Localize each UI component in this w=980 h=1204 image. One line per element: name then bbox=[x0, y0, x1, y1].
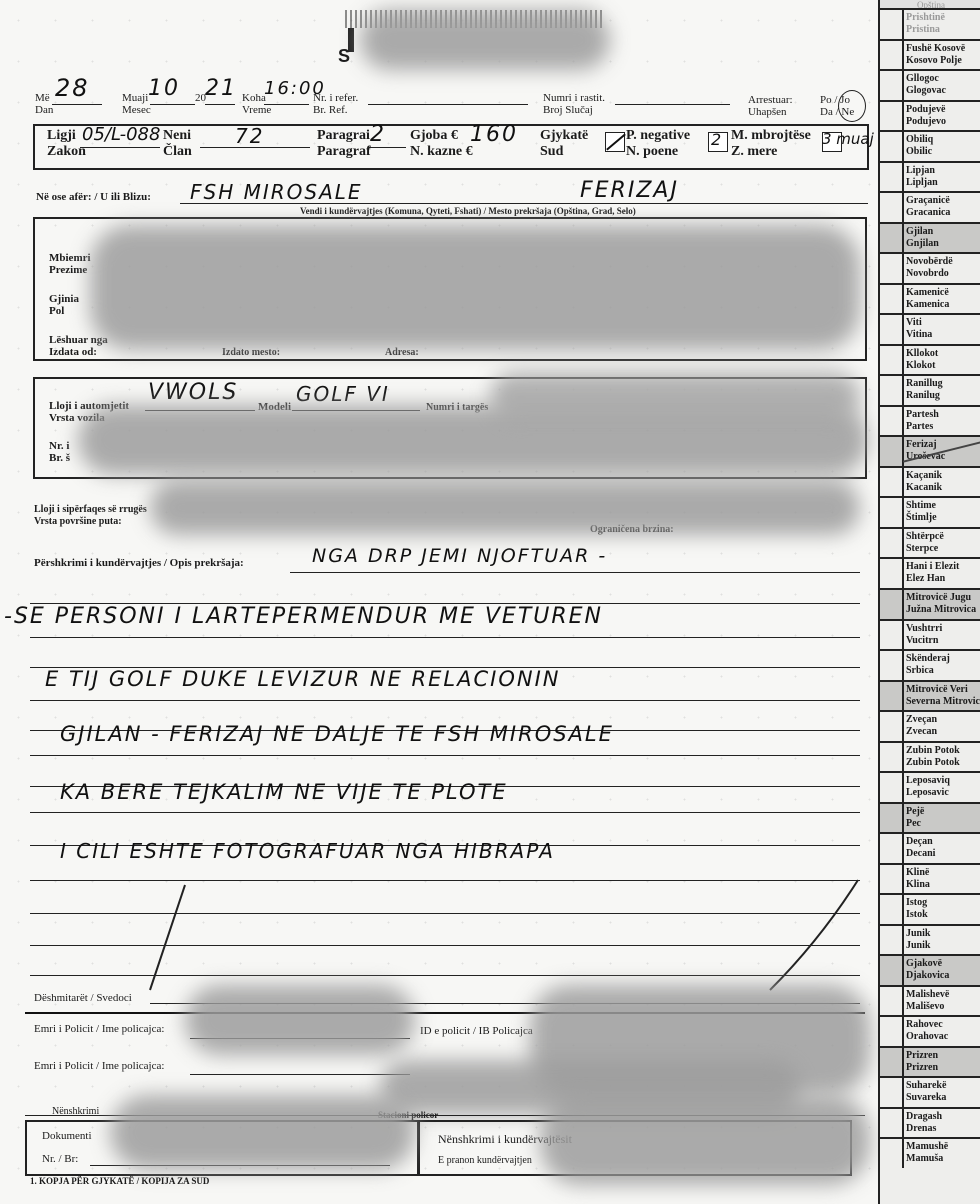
municipality-item[interactable]: IstogIstok bbox=[880, 893, 980, 924]
municipality-name: PodujevëPodujevo bbox=[906, 104, 946, 128]
municipality-name: GllogocGlogovac bbox=[906, 73, 946, 97]
municipality-name: PrishtinëPristina bbox=[906, 12, 945, 36]
municipality-checkbox[interactable] bbox=[880, 987, 904, 1016]
municipality-checkbox[interactable] bbox=[880, 468, 904, 497]
municipality-checkbox[interactable] bbox=[880, 1048, 904, 1077]
municipality-checkbox[interactable] bbox=[880, 621, 904, 650]
municipality-name: LeposaviqLeposavic bbox=[906, 775, 950, 799]
redacted-witness-officer bbox=[185, 985, 415, 1055]
municipality-checkbox[interactable] bbox=[880, 285, 904, 314]
municipality-item[interactable]: JunikJunik bbox=[880, 924, 980, 955]
municipality-name: ShtërpcëSterpce bbox=[906, 531, 944, 555]
officer-name-label-2: Emri i Policit / Ime policajca: bbox=[34, 1061, 164, 1072]
municipality-name: ObiliqObilic bbox=[906, 134, 933, 158]
municipality-checkbox[interactable] bbox=[880, 743, 904, 772]
municipality-item[interactable]: SkënderajSrbica bbox=[880, 649, 980, 680]
municipality-name: JunikJunik bbox=[906, 928, 930, 952]
municipality-item[interactable]: KllokotKlokot bbox=[880, 344, 980, 375]
municipality-name: SkënderajSrbica bbox=[906, 653, 950, 677]
municipality-name: IstogIstok bbox=[906, 897, 928, 921]
municipality-checkbox[interactable] bbox=[880, 315, 904, 344]
municipality-item[interactable]: ShtërpcëSterpce bbox=[880, 527, 980, 558]
municipality-checkbox[interactable] bbox=[880, 865, 904, 894]
municipality-name: ShtimeŠtimlje bbox=[906, 500, 937, 524]
municipality-item[interactable]: MamushëMamuša bbox=[880, 1137, 980, 1168]
municipality-item[interactable]: ShtimeŠtimlje bbox=[880, 496, 980, 527]
municipality-name: KaçanikKacanik bbox=[906, 470, 942, 494]
municipality-name: RanillugRanilug bbox=[906, 378, 943, 402]
municipality-item[interactable]: RahovecOrahovac bbox=[880, 1015, 980, 1046]
officer-name-label-1: Emri i Policit / Ime policajca: bbox=[34, 1024, 164, 1035]
municipality-name: VitiVitina bbox=[906, 317, 932, 341]
municipality-item[interactable]: ParteshPartes bbox=[880, 405, 980, 436]
municipality-item[interactable]: PrishtinëPristina bbox=[880, 8, 980, 39]
municipality-checkbox[interactable] bbox=[880, 834, 904, 863]
municipality-checkbox[interactable] bbox=[880, 193, 904, 222]
document-nr-label: Nr. / Br: bbox=[42, 1153, 78, 1165]
municipality-checkbox[interactable] bbox=[880, 71, 904, 100]
municipality-checkbox[interactable] bbox=[880, 773, 904, 802]
municipality-checkbox[interactable] bbox=[880, 712, 904, 741]
municipality-name: PrizrenPrizren bbox=[906, 1050, 938, 1074]
municipality-name: ZveçanZvecan bbox=[906, 714, 937, 738]
municipality-item[interactable]: Fushë KosovëKosovo Polje bbox=[880, 39, 980, 70]
municipality-checkbox[interactable] bbox=[880, 132, 904, 161]
municipality-checkbox[interactable] bbox=[880, 102, 904, 131]
municipality-checkbox[interactable] bbox=[880, 254, 904, 283]
municipality-name: LipjanLipljan bbox=[906, 165, 938, 189]
municipality-item[interactable]: KlinëKlina bbox=[880, 863, 980, 894]
municipality-name: Zubin PotokZubin Potok bbox=[906, 745, 960, 769]
municipality-name: PejëPec bbox=[906, 806, 924, 830]
municipality-name: Mitrovicë VeriSeverna Mitrovica bbox=[906, 684, 980, 708]
municipality-name: GjakovëDjakovica bbox=[906, 958, 949, 982]
municipality-name: KllokotKlokot bbox=[906, 348, 938, 372]
municipality-sidebar: Opština PrishtinëPristinaFushë KosovëKos… bbox=[878, 0, 980, 1204]
municipality-checkbox[interactable] bbox=[880, 163, 904, 192]
municipality-name: KlinëKlina bbox=[906, 867, 930, 891]
municipality-item[interactable]: Hani i ElezitElez Han bbox=[880, 557, 980, 588]
witnesses-label: Dëshmitarët / Svedoci bbox=[34, 992, 132, 1005]
officer-id-label: ID e policit / IB Policajca bbox=[420, 1026, 533, 1037]
municipality-item[interactable]: RanillugRanilug bbox=[880, 374, 980, 405]
municipality-name: Fushë KosovëKosovo Polje bbox=[906, 43, 965, 67]
sidebar-header: Opština bbox=[880, 0, 980, 8]
municipality-checkbox[interactable] bbox=[880, 407, 904, 436]
municipality-checkbox[interactable] bbox=[880, 1139, 904, 1168]
municipality-checkbox[interactable] bbox=[880, 346, 904, 375]
municipality-checkbox[interactable] bbox=[880, 559, 904, 588]
municipality-checkbox[interactable] bbox=[880, 926, 904, 955]
municipality-item[interactable]: GraçanicëGracanica bbox=[880, 191, 980, 222]
copy-label: 1. KOPJA PËR GJYKATË / KOPIJA ZA SUD bbox=[30, 1176, 209, 1187]
municipality-checkbox[interactable] bbox=[880, 437, 904, 466]
municipality-item[interactable]: DeçanDecani bbox=[880, 832, 980, 863]
municipality-name: NovobërdëNovobrdo bbox=[906, 256, 953, 280]
municipality-item[interactable]: PodujevëPodujevo bbox=[880, 100, 980, 131]
municipality-checkbox[interactable] bbox=[880, 804, 904, 833]
municipality-name: Hani i ElezitElez Han bbox=[906, 561, 959, 585]
municipality-name: MalishevëMališevo bbox=[906, 989, 949, 1013]
redacted-footer-left bbox=[110, 1095, 415, 1170]
municipality-name: GjilanGnjilan bbox=[906, 226, 939, 250]
municipality-item[interactable]: GllogocGlogovac bbox=[880, 69, 980, 100]
municipality-item[interactable]: SuharekëSuvareka bbox=[880, 1076, 980, 1107]
municipality-name: Mitrovicë JuguJužna Mitrovica bbox=[906, 592, 976, 616]
municipality-name: DragashDrenas bbox=[906, 1111, 942, 1135]
municipality-checkbox[interactable] bbox=[880, 1078, 904, 1107]
municipality-item[interactable]: GjilanGnjilan bbox=[880, 222, 980, 253]
municipality-item[interactable]: ZveçanZvecan bbox=[880, 710, 980, 741]
municipality-item[interactable]: PejëPec bbox=[880, 802, 980, 833]
municipality-item[interactable]: Mitrovicë VeriSeverna Mitrovica bbox=[880, 680, 980, 711]
municipality-checkbox[interactable] bbox=[880, 651, 904, 680]
municipality-checkbox[interactable] bbox=[880, 895, 904, 924]
municipality-name: SuharekëSuvareka bbox=[906, 1080, 946, 1104]
municipality-item[interactable]: Zubin PotokZubin Potok bbox=[880, 741, 980, 772]
municipality-checkbox[interactable] bbox=[880, 956, 904, 985]
municipality-item[interactable]: DragashDrenas bbox=[880, 1107, 980, 1138]
municipality-checkbox[interactable] bbox=[880, 376, 904, 405]
municipality-checkbox[interactable] bbox=[880, 1017, 904, 1046]
municipality-checkbox[interactable] bbox=[880, 529, 904, 558]
municipality-item[interactable]: FerizajUroševac bbox=[880, 435, 980, 466]
municipality-name: VushtrriVucitrn bbox=[906, 623, 942, 647]
municipality-checkbox[interactable] bbox=[880, 1109, 904, 1138]
municipality-item[interactable]: VitiVitina bbox=[880, 313, 980, 344]
municipality-item[interactable]: KaçanikKacanik bbox=[880, 466, 980, 497]
municipality-name: ParteshPartes bbox=[906, 409, 939, 433]
municipality-name: MamushëMamuša bbox=[906, 1141, 948, 1165]
municipality-name: KamenicëKamenica bbox=[906, 287, 949, 311]
municipality-checkbox[interactable] bbox=[880, 10, 904, 39]
municipality-checkbox[interactable] bbox=[880, 498, 904, 527]
municipality-item[interactable]: LeposaviqLeposavic bbox=[880, 771, 980, 802]
municipality-checkbox[interactable] bbox=[880, 590, 904, 619]
municipality-checkbox[interactable] bbox=[880, 41, 904, 70]
municipality-item[interactable]: KamenicëKamenica bbox=[880, 283, 980, 314]
municipality-checkbox[interactable] bbox=[880, 682, 904, 711]
municipality-item[interactable]: LipjanLipljan bbox=[880, 161, 980, 192]
document-label: Dokumenti bbox=[42, 1130, 92, 1142]
municipality-item[interactable]: VushtrriVucitrn bbox=[880, 619, 980, 650]
municipality-item[interactable]: Mitrovicë JuguJužna Mitrovica bbox=[880, 588, 980, 619]
municipality-item[interactable]: ObiliqObilic bbox=[880, 130, 980, 161]
accepts-label: E pranon kundërvajtjen bbox=[438, 1155, 532, 1167]
municipality-checkbox[interactable] bbox=[880, 224, 904, 253]
municipality-name: DeçanDecani bbox=[906, 836, 935, 860]
municipality-item[interactable]: MalishevëMališevo bbox=[880, 985, 980, 1016]
municipality-item[interactable]: PrizrenPrizren bbox=[880, 1046, 980, 1077]
municipality-name: GraçanicëGracanica bbox=[906, 195, 950, 219]
municipality-item[interactable]: NovobërdëNovobrdo bbox=[880, 252, 980, 283]
redacted-footer-right bbox=[540, 1095, 870, 1185]
municipality-item[interactable]: GjakovëDjakovica bbox=[880, 954, 980, 985]
municipality-name: RahovecOrahovac bbox=[906, 1019, 948, 1043]
signature-label: Nënshkrimi bbox=[52, 1106, 99, 1117]
